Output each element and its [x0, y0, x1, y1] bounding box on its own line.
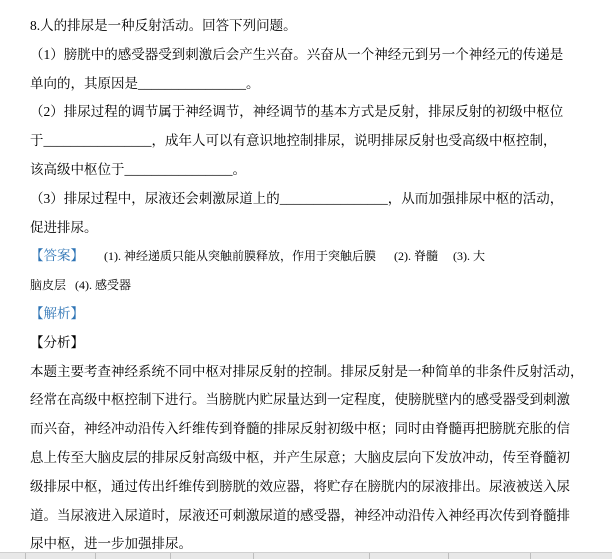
- table-column-divider: [530, 553, 531, 559]
- answer-line1: 【答案】(1). 神经递质只能从突触前膜释放，作用于突触后膜 (2). 脊髓 (…: [30, 242, 606, 271]
- answer-line1-text: (1). 神经递质只能从突触前膜释放，作用于突触后膜 (2). 脊髓 (3). …: [104, 249, 485, 263]
- analysis-line4: 息上传至大脑皮层的排尿反射高级中枢，并产生尿意；大脑皮层向下发放冲动，传至脊髓初: [30, 444, 606, 473]
- analysis-line6: 道。当尿液进入尿道时，尿液还可刺激尿道的感受器，神经冲动沿传入神经再次传到脊髓排: [30, 502, 606, 531]
- question-part3-line2: 促进排尿。: [30, 214, 606, 243]
- jiexi-section-label: 【解析】: [30, 300, 606, 329]
- question-part1-line2-with-blank: 单向的，其原因是________________。: [30, 70, 606, 99]
- table-column-divider: [25, 553, 26, 559]
- jiexi-label-text: 【解析】: [30, 306, 84, 321]
- answer-label: 【答案】: [30, 248, 84, 263]
- exam-document-page: 8.人的排尿是一种反射活动。回答下列问题。 （1）膀胱中的感受器受到刺激后会产生…: [0, 0, 612, 559]
- table-column-divider: [448, 553, 449, 559]
- question-part2-line1: （2）排尿过程的调节属于神经调节，神经调节的基本方式是反射，排尿反射的初级中枢位: [30, 98, 606, 127]
- analysis-line3: 而兴奋，神经冲动沿传入纤维传到脊髓的排尿反射初级中枢；同时由脊髓再把膀胱充胀的信: [30, 415, 606, 444]
- answer-line2: 脑皮层 (4). 感受器: [30, 271, 606, 300]
- table-column-divider: [369, 553, 370, 559]
- table-top-edge: [0, 552, 612, 559]
- question-part1-line1: （1）膀胱中的感受器受到刺激后会产生兴奋。兴奋从一个神经元到另一个神经元的传递是: [30, 41, 606, 70]
- question-part2-line3-with-blank: 该高级中枢位于________________。: [30, 156, 606, 185]
- table-column-divider: [253, 553, 254, 559]
- analysis-line1: 本题主要考查神经系统不同中枢对排尿反射的控制。排尿反射是一种简单的非条件反射活动…: [30, 358, 606, 387]
- question-part2-line2-with-blank: 于________________，成年人可以有意识地控制排尿，说明排尿反射也受…: [30, 127, 606, 156]
- question-part3-line1-with-blank: （3）排尿过程中，尿液还会刺激尿道上的________________，从而加强…: [30, 185, 606, 214]
- table-column-divider: [95, 553, 96, 559]
- table-column-divider: [170, 553, 171, 559]
- answer-line2-text: 脑皮层 (4). 感受器: [30, 278, 131, 292]
- document-content: 8.人的排尿是一种反射活动。回答下列问题。 （1）膀胱中的感受器受到刺激后会产生…: [30, 12, 606, 559]
- analysis-line5: 级排尿中枢，通过传出纤维传到膀胱的效应器，将贮存在膀胱内的尿液排出。尿液被送入尿: [30, 473, 606, 502]
- fenxi-section-label: 【分析】: [30, 329, 606, 358]
- analysis-line2: 经常在高级中枢控制下进行。当膀胱内贮尿量达到一定程度，使膀胱壁内的感受器受到刺激: [30, 386, 606, 415]
- question-stem: 8.人的排尿是一种反射活动。回答下列问题。: [30, 12, 606, 41]
